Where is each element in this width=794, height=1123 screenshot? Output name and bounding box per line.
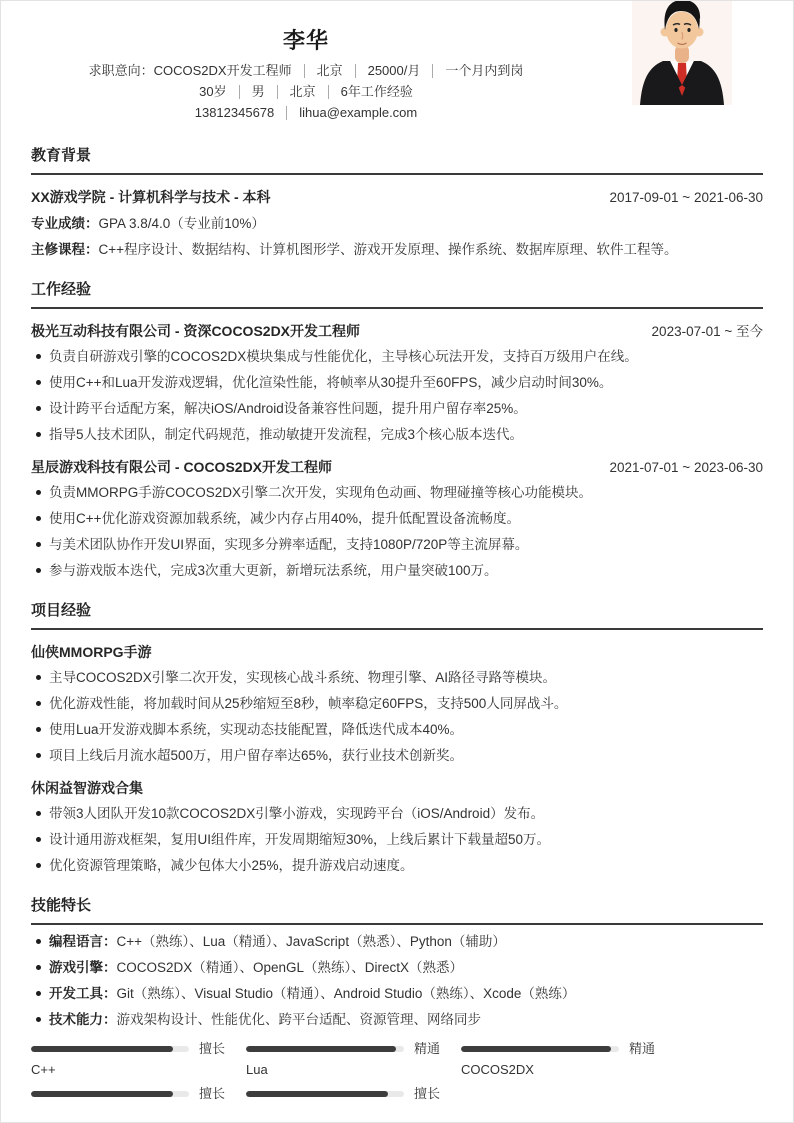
basic-item-2: 北京 — [290, 84, 316, 99]
bullet-item: 设计通用游戏框架，复用UI组件库，开发周期缩短30%，上线后累计下载量超50万。 — [31, 831, 763, 848]
skill-bullet-item: 技术能力：游戏架构设计、性能优化、跨平台适配、资源管理、网络同步 — [31, 1011, 763, 1028]
section-title-projects: 项目经验 — [31, 601, 763, 630]
skill-name-label: Lua — [246, 1062, 461, 1077]
skill-bar-fill — [461, 1046, 611, 1052]
entry-title: 极光互动科技有限公司 - 资深COCOS2DX开发工程师 — [31, 323, 360, 340]
skill-bar-track — [246, 1091, 404, 1097]
bullet-item: 使用Lua开发游戏脚本系统，实现动态技能配置，降低迭代成本40%。 — [31, 721, 763, 738]
skill-bullet-item: 游戏引擎：COCOS2DX（精通）、OpenGL（熟练）、DirectX（熟悉） — [31, 959, 763, 976]
contact-item-1: lihua@example.com — [299, 105, 417, 120]
skill-bar-item-4: 擅长 — [246, 1087, 461, 1120]
header-text-block: 李华 求职意向：COCOS2DX开发工程师北京25000/月一个月内到岗 30岁… — [31, 27, 581, 120]
detail-line: 主修课程：C++程序设计、数据结构、计算机图形学、游戏开发原理、操作系统、数据库… — [31, 241, 763, 258]
entry-title: 星辰游戏科技有限公司 - COCOS2DX开发工程师 — [31, 459, 332, 476]
intent-item-2: 25000/月 — [368, 63, 421, 78]
basic-item-0: 30岁 — [199, 84, 226, 99]
section-skills: 技能特长编程语言：C++（熟练）、Lua（精通）、JavaScript（熟悉）、… — [31, 896, 763, 1028]
skill-level-label: 擅长 — [414, 1087, 440, 1101]
detail-label: 专业成绩： — [31, 216, 99, 231]
candidate-name: 李华 — [31, 27, 581, 55]
skill-text: 游戏架构设计、性能优化、跨平台适配、资源管理、网络同步 — [117, 1012, 482, 1027]
skill-bar-row: 擅长 — [31, 1087, 246, 1101]
skill-bar-row: 擅长 — [31, 1042, 246, 1056]
bullet-item: 主导COCOS2DX引擎二次开发，实现核心战斗系统、物理引擎、AI路径寻路等模块… — [31, 669, 763, 686]
bullet-item: 负责自研游戏引擎的COCOS2DX模块集成与性能优化，主导核心玩法开发，支持百万… — [31, 348, 763, 365]
skill-bar-fill — [31, 1091, 173, 1097]
skill-bar-fill — [246, 1091, 388, 1097]
bullet-item: 与美术团队协作开发UI界面，实现多分辨率适配，支持1080P/720P等主流屏幕… — [31, 536, 763, 553]
bullet-item: 项目上线后月流水超500万，用户留存率达65%，获行业技术创新奖。 — [31, 747, 763, 764]
job-intent-line: 求职意向：COCOS2DX开发工程师北京25000/月一个月内到岗 — [31, 63, 581, 78]
detail-label: 主修课程： — [31, 242, 99, 257]
skill-name-label: COCOS2DX — [461, 1062, 763, 1077]
skill-bar-track — [31, 1046, 189, 1052]
separator-bar — [239, 85, 240, 99]
separator-bar — [328, 85, 329, 99]
separator-bar — [355, 64, 356, 78]
skill-bar-track — [246, 1046, 404, 1052]
bullet-item: 指导5人技术团队，制定代码规范，推动敏捷开发流程，完成3个核心版本迭代。 — [31, 426, 763, 443]
skill-bar-track — [31, 1091, 189, 1097]
personal-info-line: 30岁男北京6年工作经验 — [31, 84, 581, 99]
basic-item-1: 男 — [252, 84, 265, 99]
intent-item-0: 求职意向：COCOS2DX开发工程师 — [89, 63, 292, 78]
entry-heading: 休闲益智游戏合集 — [31, 780, 763, 797]
bullet-list: 带领3人团队开发10款COCOS2DX引擎小游戏，实现跨平台（iOS/Andro… — [31, 805, 763, 874]
entry-title: 仙侠MMORPG手游 — [31, 644, 152, 661]
section-title-education: 教育背景 — [31, 146, 763, 175]
bullet-item: 设计跨平台适配方案，解决iOS/Android设备兼容性问题，提升用户留存率25… — [31, 400, 763, 417]
skill-bar-row: 擅长 — [246, 1087, 461, 1101]
skill-bar-fill — [31, 1046, 173, 1052]
skill-level-label: 精通 — [629, 1042, 655, 1056]
skill-bar-row: 精通 — [461, 1042, 763, 1056]
skill-name-label: C++ — [31, 1062, 246, 1077]
bullet-item: 优化资源管理策略，减少包体大小25%，提升游戏启动速度。 — [31, 857, 763, 874]
entry-heading: 仙侠MMORPG手游 — [31, 644, 763, 661]
entry-date: 2021-07-01 ~ 2023-06-30 — [610, 459, 764, 476]
intent-item-3: 一个月内到岗 — [445, 63, 523, 78]
entry-date: 2023-07-01 ~ 至今 — [652, 323, 763, 340]
bullet-list: 负责自研游戏引擎的COCOS2DX模块集成与性能优化，主导核心玩法开发，支持百万… — [31, 348, 763, 443]
section-title-skills: 技能特长 — [31, 896, 763, 925]
intent-item-1: 北京 — [317, 63, 343, 78]
skill-level-label: 擅长 — [199, 1087, 225, 1101]
portrait-illustration — [632, 0, 732, 105]
skill-level-label: 精通 — [414, 1042, 440, 1056]
skill-text: Git（熟练）、Visual Studio（精通）、Android Studio… — [117, 986, 576, 1001]
skill-label: 编程语言： — [49, 934, 117, 949]
skill-text: COCOS2DX（精通）、OpenGL（熟练）、DirectX（熟悉） — [117, 960, 464, 975]
detail-text: C++程序设计、数据结构、计算机图形学、游戏开发原理、操作系统、数据库原理、软件… — [99, 242, 678, 257]
entry-title: 休闲益智游戏合集 — [31, 780, 143, 797]
bullet-item: 使用C++优化游戏资源加载系统，减少内存占用40%，提升低配置设备流畅度。 — [31, 510, 763, 527]
basic-item-3: 6年工作经验 — [341, 84, 413, 99]
bullet-item: 带领3人团队开发10款COCOS2DX引擎小游戏，实现跨平台（iOS/Andro… — [31, 805, 763, 822]
skill-bullet-item: 开发工具：Git（熟练）、Visual Studio（精通）、Android S… — [31, 985, 763, 1002]
resume-page: 李华 求职意向：COCOS2DX开发工程师北京25000/月一个月内到岗 30岁… — [0, 0, 794, 1123]
section-work: 工作经验极光互动科技有限公司 - 资深COCOS2DX开发工程师2023-07-… — [31, 280, 763, 579]
bullet-list: 负责MMORPG手游COCOS2DX引擎二次开发，实现角色动画、物理碰撞等核心功… — [31, 484, 763, 579]
section-projects: 项目经验仙侠MMORPG手游主导COCOS2DX引擎二次开发，实现核心战斗系统、… — [31, 601, 763, 874]
entry-heading: 星辰游戏科技有限公司 - COCOS2DX开发工程师2021-07-01 ~ 2… — [31, 459, 763, 476]
skill-bullet-list: 编程语言：C++（熟练）、Lua（精通）、JavaScript（熟悉）、Pyth… — [31, 933, 763, 1028]
bullet-item: 优化游戏性能，将加载时间从25秒缩短至8秒，帧率稳定60FPS，支持500人同屏… — [31, 695, 763, 712]
skill-bar-track — [461, 1046, 619, 1052]
skill-bar-COCOS2DX: 精通COCOS2DX — [461, 1042, 763, 1077]
detail-text: GPA 3.8/4.0（专业前10%） — [99, 216, 265, 231]
skill-level-label: 擅长 — [199, 1042, 225, 1056]
skill-bar-row: 精通 — [246, 1042, 461, 1056]
separator-bar — [277, 85, 278, 99]
section-title-work: 工作经验 — [31, 280, 763, 309]
separator-bar — [432, 64, 433, 78]
skill-bars-grid: 擅长C++精通Lua精通COCOS2DX擅长擅长 — [31, 1042, 763, 1120]
entry-date: 2017-09-01 ~ 2021-06-30 — [610, 189, 764, 206]
skill-label: 开发工具： — [49, 986, 117, 1001]
bullet-item: 参与游戏版本迭代，完成3次重大更新，新增玩法系统，用户量突破100万。 — [31, 562, 763, 579]
entry-title: XX游戏学院 - 计算机科学与技术 - 本科 — [31, 189, 271, 206]
skill-bullet-item: 编程语言：C++（熟练）、Lua（精通）、JavaScript（熟悉）、Pyth… — [31, 933, 763, 950]
contact-info-line: 13812345678lihua@example.com — [31, 105, 581, 120]
resume-header: 李华 求职意向：COCOS2DX开发工程师北京25000/月一个月内到岗 30岁… — [31, 1, 763, 120]
skill-bar-C++: 擅长C++ — [31, 1042, 246, 1077]
section-education: 教育背景XX游戏学院 - 计算机科学与技术 - 本科2017-09-01 ~ 2… — [31, 146, 763, 258]
skill-label: 游戏引擎： — [49, 960, 117, 975]
contact-item-0: 13812345678 — [195, 105, 275, 120]
entry-heading: XX游戏学院 - 计算机科学与技术 - 本科2017-09-01 ~ 2021-… — [31, 189, 763, 206]
skill-text: C++（熟练）、Lua（精通）、JavaScript（熟悉）、Python（辅助… — [117, 934, 506, 949]
separator-bar — [304, 64, 305, 78]
bullet-list: 主导COCOS2DX引擎二次开发，实现核心战斗系统、物理引擎、AI路径寻路等模块… — [31, 669, 763, 764]
bullet-item: 使用C++和Lua开发游戏逻辑，优化渲染性能，将帧率从30提升至60FPS，减少… — [31, 374, 763, 391]
skill-bar-Lua: 精通Lua — [246, 1042, 461, 1077]
profile-photo — [632, 0, 732, 105]
skill-bar-fill — [246, 1046, 396, 1052]
detail-line: 专业成绩：GPA 3.8/4.0（专业前10%） — [31, 215, 763, 232]
separator-bar — [286, 106, 287, 120]
bullet-item: 负责MMORPG手游COCOS2DX引擎二次开发，实现角色动画、物理碰撞等核心功… — [31, 484, 763, 501]
skill-label: 技术能力： — [49, 1012, 117, 1027]
entry-heading: 极光互动科技有限公司 - 资深COCOS2DX开发工程师2023-07-01 ~… — [31, 323, 763, 340]
skill-bar-item-3: 擅长 — [31, 1087, 246, 1120]
